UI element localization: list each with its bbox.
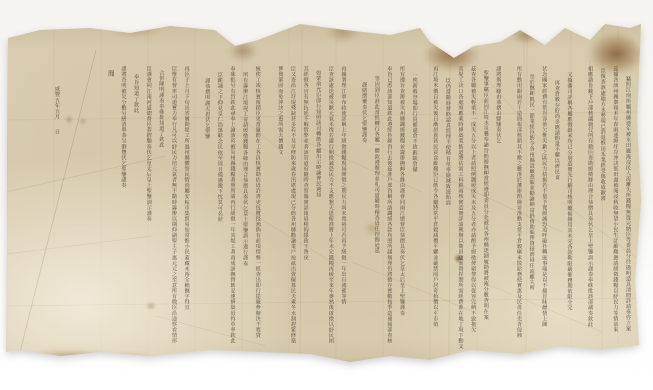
stain-top-tear <box>228 40 258 62</box>
day-character: 日 <box>54 129 60 135</box>
text-column: 其堤工決口各處亟應乘時修築業飭道將估需工料銀兩核實造冊詳請興辦以衛田廬而資捍禦所… <box>458 66 464 349</box>
text-column: 謹將辦理緣由恭摺由驛馳奏伏乞 <box>496 66 502 144</box>
text-column: 奉旨知道了欽此 <box>134 74 140 113</box>
date-text: 咸豐五年五月 <box>54 86 60 120</box>
text-column: 臣查該處迭被災歉元氣未復若遽行開徵誠恐民力不支應懇天恩俯准將上年未完錢糧再緩至來… <box>328 66 334 344</box>
text-column: 奉硃批另有旨欽此尋奉上諭該省被災州縣錢糧著照所請再行緩徵一年其堤工著責成該撫督飭… <box>230 66 236 344</box>
text-column: 聖鑒事竊臣前因江境水災疊奉諭旨飭辦撫卹當經遵即委員分赴被災各州縣逐細履勘將被淹分… <box>483 70 489 320</box>
stain-top-center-small <box>511 26 541 44</box>
text-column: 臣仍當隨時督飭認真經理不使稍有草率偷減致滋貽誤 <box>445 78 451 206</box>
text-column: 所有遵旨查辦被災州縣蠲緩錢糧並籌辦撫卹各緣由謹會同兩江總督臣恭摺具奏伏乞皇太后皇… <box>399 66 405 316</box>
text-column: 臣又查沿江圩堤殘缺甚多若不及早修防來歲春汛堪虞現已分飭各州縣勸諭業戶按畝出資僱募… <box>290 66 296 344</box>
text-column: 再據署理江寧布政使詳稱上年緩徵錢糧現屆開徵之期民力尚未寬裕可否再予緩徵一年出自鴻… <box>341 66 347 305</box>
text-column: 所有動用銀兩若干造冊報部核銷其不敷之數准於藩庫酌撥並准動支常平倉穀碾米散給務使實… <box>516 66 522 338</box>
text-column: 再臣于上月下旬出省履勘堤工所過州縣體察民情尚屬安帖市集貿易如常惟小民蓋藏未裕全賴… <box>184 66 190 310</box>
text-column: 再江境米價自被災後日漸昂貴貧民買食維艱臣已飭令各屬將常平倉穀減價平糶並嚴禁囤戶居… <box>433 66 439 327</box>
text-column: 竊照江南所屬州縣連年被水田廬淹沒民人流離失所錢糧無從完納臣等委員分往勘明造具清冊… <box>625 76 631 331</box>
text-column: 統俟工竣核實報銷臣更當嚴飭在工各員核實勘估毋許書吏包攬侵漁倘有前項情弊一經查出即… <box>255 66 261 338</box>
stain-top-mid <box>326 22 360 42</box>
text-column: 如蒙俞允臣即行知照該司轉飭各屬出示曉諭俾民週知 <box>316 70 322 198</box>
text-column: 聞 <box>108 70 114 77</box>
text-column: 臣惟有督率司道實力奉行凡可以紓民力培元氣者無不隨時籌辦以期仰副聖主子惠元元之至意… <box>171 66 177 344</box>
text-column: 臣謹會同江南河道總督臣恭摺馳奏伏乞皇太后皇上聖鑒訓示謹奏 <box>146 66 152 221</box>
text-column: 臣復查該處地方水勢現已消退惟田禾業經受傷收成歉薄 <box>600 68 606 201</box>
text-column: 伏念國家經費有常豈容蒂欠惟災歉之區民力拮据若不量予寬緩誠恐追呼敲扑轉滋事端是以不… <box>542 66 548 327</box>
text-column: 等因到臣准此當經轉行各屬一體欽遵辦理並札司道隨時稽查毋任捏飾迨延 <box>374 76 380 254</box>
text-column: 一俟新穀登場即行買補還倉不致虧缺倉儲 <box>412 72 418 172</box>
text-column: 相應請旨敕下戶部核議施行所有微臣查勘緩徵緣由理合恭摺具奏伏乞皇上聖鑒訓示謹奏奉硃… <box>588 66 594 327</box>
text-column: 又據藩司詳稱各屬應徵銀米均已分別造冊先行解司核明聽候撥用其未完各款勒限嚴催務期依… <box>567 72 573 311</box>
text-column: 茲據各該州縣稟報本年春雨連綿圩岸沖決低田盡被淹浸秋收無望小民生計維艱懇請緩徵錢糧… <box>613 66 619 332</box>
text-column: 俾資鞏固而免沖決之患所需夫價錢文 <box>278 66 284 155</box>
text-column: 謹繕摺覆奏伏乞聖鑒謹奏 <box>362 82 368 143</box>
manuscript-paper: 竊照江南所屬州縣連年被水田廬淹沒民人流離失所錢糧無從完納臣等委員分往勘明造具清冊… <box>6 16 643 364</box>
stain-spots-left <box>62 112 90 127</box>
text-column: 奉旨已悉該部知道欽此遵經抄錄咨行去後茲准戶部咨稱所請蠲緩各款均照所議辦理仍將徵存… <box>387 66 393 344</box>
text-columns: 竊照江南所屬州縣連年被水田廬淹沒民人流離失所錢糧無從完納臣等委員分往勘明造具清冊… <box>101 66 631 379</box>
text-column: 臣跪誦之下仰見皇仁浩蕩軫念民依至周且備感激下忱莫可名狀 <box>217 72 223 222</box>
stain-top-left <box>110 22 162 38</box>
text-column: 謹將查明被災分數另繕清單恭呈御覽伏乞聖鑒謹奏 <box>121 66 127 188</box>
date-column: 咸豐五年五月日 <box>54 86 60 134</box>
manuscript-photo: 竊照江南所屬州縣連年被水田廬淹沒民人流離失所錢糧無從完納臣等委員分往勘明造具清冊… <box>0 0 653 390</box>
text-column: 所有籌辦江境堤工並請緩徵錢糧各緣由理合恭摺具奏伏乞皇上聖鑒訓示遵行謹奏 <box>243 72 249 266</box>
text-column: 再查倉穀存貯尚多應請酌量平糶以濟民食 <box>554 80 560 180</box>
text-column: 其經徵各官有無抗延不解情弊並著該管道府隨時查察據實詳報毋稍徇隱致干咎戾 <box>303 66 309 260</box>
text-column: 謹恭摺叩謝天恩伏乞聖鑒 <box>205 78 211 139</box>
text-column: 茲查各屬被災輕重不一成災五分以上者請照例蠲緩成災未及五分者亦請酌予緩徵俾窮黎得以… <box>471 66 477 332</box>
text-column: 合併陳明謹奏奉硃批知道了欽此 <box>159 70 165 148</box>
text-column: 至於撫卹飢民一節業經臣飭令各州縣設廠煮賑並勸諭紳富捐資助賑俾資接濟毋任流離失所 <box>529 74 535 290</box>
photo-background: 竊照江南所屬州縣連年被水田廬淹沒民人流離失所錢糧無從完納臣等委員分往勘明造具清冊… <box>0 0 653 390</box>
